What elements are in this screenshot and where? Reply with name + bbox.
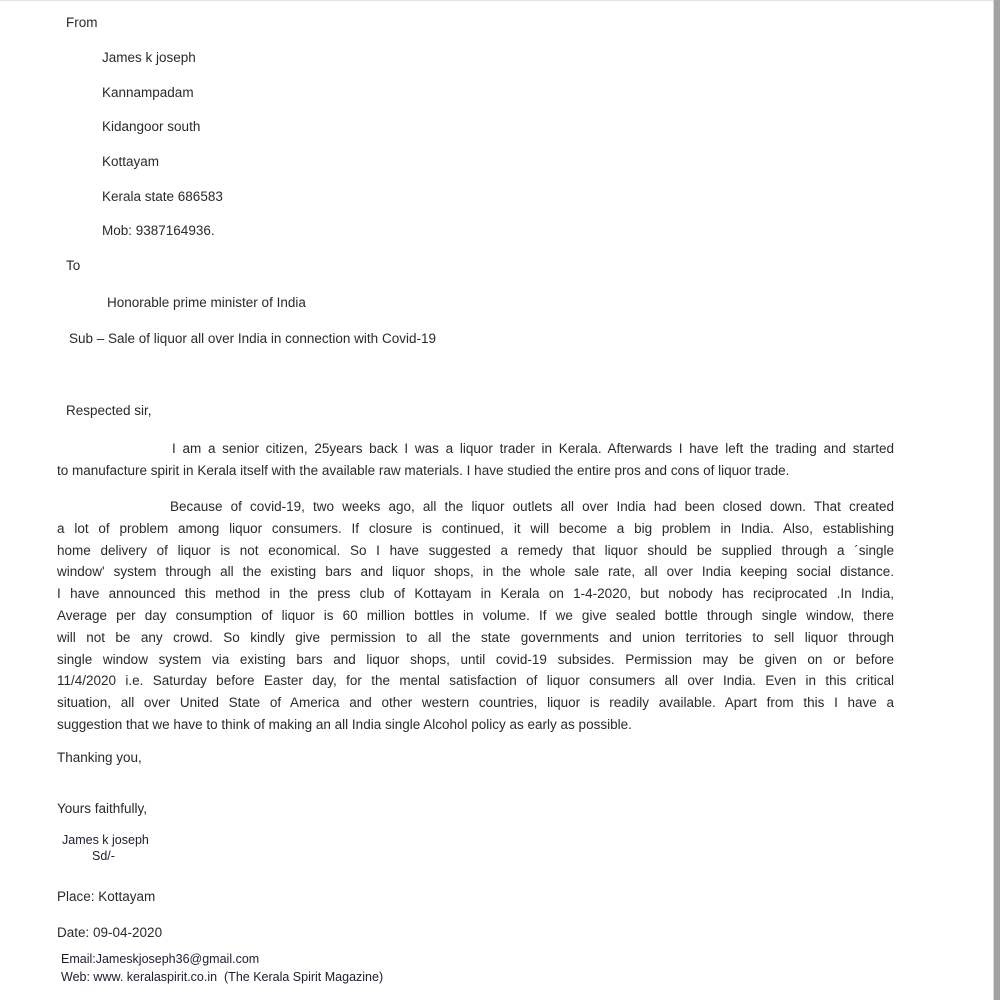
closing: Yours faithfully,	[57, 801, 147, 817]
email-link[interactable]: Email:Jameskjoseph36@gmail.com	[61, 951, 259, 967]
to-label: To	[66, 258, 80, 274]
sender-address-line: Kannampadam	[102, 85, 194, 101]
page-top-border	[0, 0, 994, 1]
paragraph-line: will not be any crowd. So kindly give pe…	[57, 627, 894, 649]
paragraph-line: I am a senior citizen, 25years back I wa…	[57, 438, 894, 460]
recipient: Honorable prime minister of India	[107, 295, 306, 311]
page-right-edge	[993, 0, 1000, 1000]
paragraph-line: I have announced this method in the pres…	[57, 583, 894, 605]
sender-address-line: Kerala state 686583	[102, 189, 223, 205]
sender-address-line: Kidangoor south	[102, 119, 200, 135]
signature-name: James k joseph	[62, 832, 149, 848]
signature-mark: Sd/-	[92, 848, 115, 864]
sender-mobile: Mob: 9387164936.	[102, 223, 215, 239]
subject-line: Sub – Sale of liquor all over India in c…	[69, 331, 436, 347]
paragraph-line: window' system through all the existing …	[57, 561, 894, 583]
sender-name: James k joseph	[102, 50, 196, 66]
paragraph-line: Average per day consumption of liquor is…	[57, 605, 894, 627]
website-link[interactable]: Web: www. keralaspirit.co.in (The Kerala…	[61, 969, 383, 985]
paragraph-line: a lot of problem among liquor consumers.…	[57, 518, 894, 540]
place: Place: Kottayam	[57, 889, 155, 905]
paragraph-line: Because of covid-19, two weeks ago, all …	[57, 496, 894, 518]
sender-address-line: Kottayam	[102, 154, 159, 170]
closing-thanks: Thanking you,	[57, 750, 142, 766]
paragraph-line: suggestion that we have to think of maki…	[57, 714, 894, 736]
paragraph-line: single window system via existing bars a…	[57, 649, 894, 671]
paragraph-line: situation, all over United State of Amer…	[57, 692, 894, 714]
body-paragraph-1: I am a senior citizen, 25years back I wa…	[57, 438, 894, 482]
date: Date: 09-04-2020	[57, 925, 162, 941]
paragraph-line: 11/4/2020 i.e. Saturday before Easter da…	[57, 670, 894, 692]
salutation: Respected sir,	[66, 403, 152, 419]
paragraph-line: to manufacture spirit in Kerala itself w…	[57, 460, 894, 482]
from-label: From	[66, 15, 98, 31]
paragraph-line: home delivery of liquor is not economica…	[57, 540, 894, 562]
body-paragraph-2: Because of covid-19, two weeks ago, all …	[57, 496, 894, 736]
